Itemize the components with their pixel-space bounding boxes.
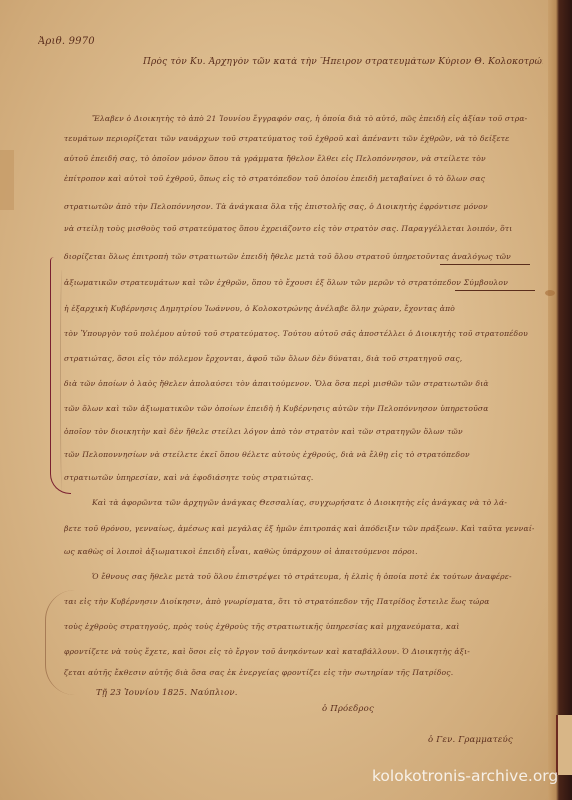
ink-stain: [545, 290, 555, 296]
date-place-line: Τῇ 23 Ἰουνίου 1825. Ναύπλιον.: [96, 688, 238, 698]
reference-number: Ἀριθ. 9970: [38, 36, 95, 47]
signature: ὁ Γεν. Γραμματεύς: [428, 735, 513, 745]
text-line: στρατιωτῶν ἀπὸ τὴν Πελοπόννησον. Τὰ ἀνάγ…: [64, 200, 534, 214]
text-line: ἐπίτροπον καὶ αὐτοὶ τοῦ ἐχθροῦ, ὅπως εἰς…: [64, 172, 534, 186]
text-line: τῶν Πελοποννησίων νὰ στείλετε ἐκεῖ ὅπου …: [64, 448, 534, 462]
closing-title: ὁ Πρόεδρος: [322, 704, 374, 714]
binding-edge: [548, 0, 572, 800]
text-line: ται εἰς τὴν Κυβέρνησιν Διοίκησιν, ἀπὸ γν…: [64, 595, 534, 609]
page-edge-notch: [556, 715, 572, 775]
text-line: τὸν Ὑπουργὸν τοῦ πολέμου αὐτοῦ τοῦ στρατ…: [64, 327, 534, 341]
text-line: Καὶ τὰ ἀφορῶντα τῶν ἀρχηγῶν ἀνάγκας Θεσσ…: [92, 496, 534, 510]
underline-mark: [455, 290, 535, 291]
text-line: στρατιωτῶν ὑπηρεσίαν, καὶ νὰ ἐφοδιάσητε …: [64, 471, 534, 485]
text-line: φροντίζετε νὰ τοὺς ἔχετε, καὶ ὅσοι εἰς τ…: [64, 645, 534, 659]
text-line: Ἔλαβεν ὁ Διοικητὴς τὸ ἀπὸ 21 Ἰουνίου ἔγγ…: [92, 112, 534, 126]
text-line: ἡ ἐξαρχικὴ Κυβέρνησις Δημητρίου Ἰωάννου,…: [64, 302, 534, 316]
text-line: ως καθὼς οἱ λοιποὶ ἀξιωματικοὶ ἐπειδὴ εἶ…: [64, 545, 534, 559]
text-line: Ὁ ἔθνους σας ἤθελε μετὰ τοῦ ὅλου ἐπιστρέ…: [92, 570, 534, 584]
text-line: τῶν ὅλων καὶ τῶν ἀξιωματικῶν τῶν ὁποίων …: [64, 402, 534, 416]
text-line: βετε τοῦ θρόνου, γενναίως, ἀμέσως καὶ με…: [64, 522, 534, 536]
archive-watermark: kolokotronis-archive.org: [372, 767, 558, 785]
text-line: αὐτοῦ ἐπειδή σας, τὸ ὁποῖον μόνον ὅπου τ…: [64, 152, 534, 166]
text-line: διὰ τῶν ὁποίων ὁ λαὸς ἤθελεν ἀπολαύσει τ…: [64, 377, 534, 391]
text-line: ζεται αὐτῆς ἔκθεσιν αὐτῆς διὰ ὅσα σας ἐκ…: [64, 666, 534, 680]
text-line: διορίζεται ὅλως ἐπιτροπὴ τῶν στρατιωτῶν …: [64, 250, 534, 264]
text-line: τοὺς ἐχθροὺς στρατηγούς, πρὸς τοὺς ἐχθρο…: [64, 620, 534, 634]
text-line: στρατιώτας, ὅσοι εἰς τὸν πόλεμον ἔρχοντα…: [64, 352, 534, 366]
text-line: τευμάτων περιορίζεται τῶν ναυάρχων τοῦ σ…: [64, 132, 534, 146]
paper-stain: [0, 150, 14, 210]
text-line: ἀξιωματικῶν στρατευμάτων καὶ τῶν ἐχθρῶν,…: [64, 276, 534, 290]
text-line: νὰ στείλῃ τοὺς μισθοὺς τοῦ στρατεύματος …: [64, 222, 534, 236]
addressee-line: Πρὸς τὸν Κυ. Ἀρχηγὸν τῶν κατὰ τὴν Ἤπειρο…: [143, 57, 543, 67]
underline-mark: [440, 264, 530, 265]
text-line: ὁποῖον τὸν διοικητὴν καὶ δὲν ἤθελε στείλ…: [64, 425, 534, 439]
